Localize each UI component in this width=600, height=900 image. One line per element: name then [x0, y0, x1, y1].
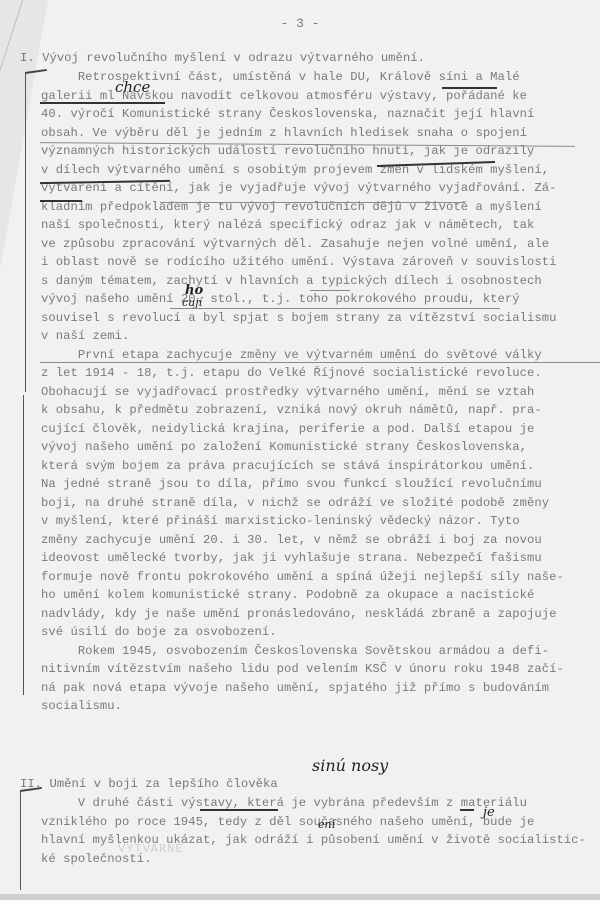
text-line: socialismu.	[41, 699, 122, 713]
text-line: 40. výročí Komunistické strany Českoslov…	[41, 107, 534, 121]
text-line: ve způsobu zpracování výtvarných děl. Za…	[41, 237, 549, 251]
text-line: významných historických událostí revoluč…	[41, 144, 534, 158]
text-line: vzniklého po roce 1945, tedy z děl souča…	[41, 815, 534, 829]
text-line: naší společnosti, který nalézá specifick…	[41, 218, 534, 232]
strikethrough	[442, 87, 497, 89]
text-line: změny zachycuje umění 20. i 30. let, v n…	[41, 533, 542, 547]
page-bottom-edge	[0, 894, 600, 900]
faint-stamp: VÝTVARNÉ	[118, 842, 184, 856]
text-line: boji, na druhé straně díla, v nichž se o…	[41, 496, 549, 510]
text-line: nadvlády, kdy je naše umění pronásledová…	[41, 607, 556, 621]
strikethrough	[460, 809, 474, 811]
annotation-je: je	[483, 805, 495, 820]
text-line: s daným tématem, zachytí v hlavních a ty…	[41, 274, 542, 288]
text-line: k obsahu, k předmětu zobrazení, vzniká n…	[41, 403, 542, 417]
document-page: - 3 - I. Vývoj revolučního myšlení v odr…	[0, 0, 600, 900]
text-line: První etapa zachycuje změny ve výtvarném…	[41, 348, 542, 362]
text-line: vytváření a cítění, jak je vyjadřuje výv…	[41, 181, 556, 195]
text-line: ideovost umělecké tvorby, jak ji vyhlašu…	[41, 551, 542, 565]
text-line: Rokem 1945, osvobozením Československa S…	[41, 644, 549, 658]
text-line: v dílech výtvarného umění s osobitým pro…	[41, 163, 549, 177]
page-number: - 3 -	[0, 16, 600, 31]
text-line: Na jedné straně jsou to díla, přímo svou…	[41, 477, 542, 491]
text-line: v naší zemi.	[41, 329, 129, 343]
strikethrough	[200, 809, 278, 811]
text-line: obsah. Ve výběru děl je jedním z hlavníc…	[41, 126, 527, 140]
text-line: v myšlení, které přináší marxisticko-len…	[41, 514, 520, 528]
text-line: ho umění kolem komunistické strany. Podo…	[41, 588, 534, 602]
text-line: ná pak nová etapa vývoje našeho umění, s…	[41, 681, 549, 695]
text-line: V druhé části výstavy, která je vybrána …	[41, 796, 527, 810]
text-line: která svým bojem za práva pracujících se…	[41, 459, 534, 473]
pencil-underline	[160, 202, 465, 203]
text-line: Obohacují se vyjadřovací prostředky výtv…	[41, 385, 534, 399]
text-line: cující člověk, neidylická krajina, perif…	[41, 422, 534, 436]
strikethrough	[40, 102, 165, 104]
text-line: své úsilí do boje za osvobození.	[41, 625, 277, 639]
strikethrough	[40, 200, 82, 202]
text-line: galerii ml Návskou navodit celkovou atmo…	[41, 89, 527, 103]
annotation-margin-note: sinú nosy	[312, 756, 388, 775]
pencil-underline	[40, 362, 600, 363]
text-line: vývoj našeho umění 20. stol., t.j. toho …	[41, 292, 520, 306]
margin-bracket-2	[23, 395, 24, 695]
text-line: souvisel s revolucí a byl spjat s bojem …	[41, 311, 556, 325]
annotation-eni: ení	[318, 818, 335, 831]
pencil-underline	[170, 308, 500, 309]
text-line: vývoj našeho umění po založení Komunisti…	[41, 440, 527, 454]
text-line: i oblast nově se rodícího užitého umění.…	[41, 255, 556, 269]
pencil-underline	[310, 290, 350, 291]
section-2-heading: II. Umění v boji za lepšího člověka	[20, 777, 278, 791]
annotation-chce: chce	[115, 78, 150, 96]
margin-bracket-1	[25, 72, 26, 392]
margin-bracket-3	[20, 790, 21, 890]
text-line: z let 1914 - 18, t.j. etapu do Velké Říj…	[41, 366, 542, 380]
text-line: nitivním vítězstvím našeho lidu pod vele…	[41, 662, 564, 676]
text-line: Retrospektivní část, umístěná v hale DU,…	[41, 70, 520, 84]
text-line: formuje nově frontu pokrokového umění a …	[41, 570, 564, 584]
section-1-heading: I. Vývoj revolučního myšlení v odrazu vý…	[20, 51, 425, 65]
